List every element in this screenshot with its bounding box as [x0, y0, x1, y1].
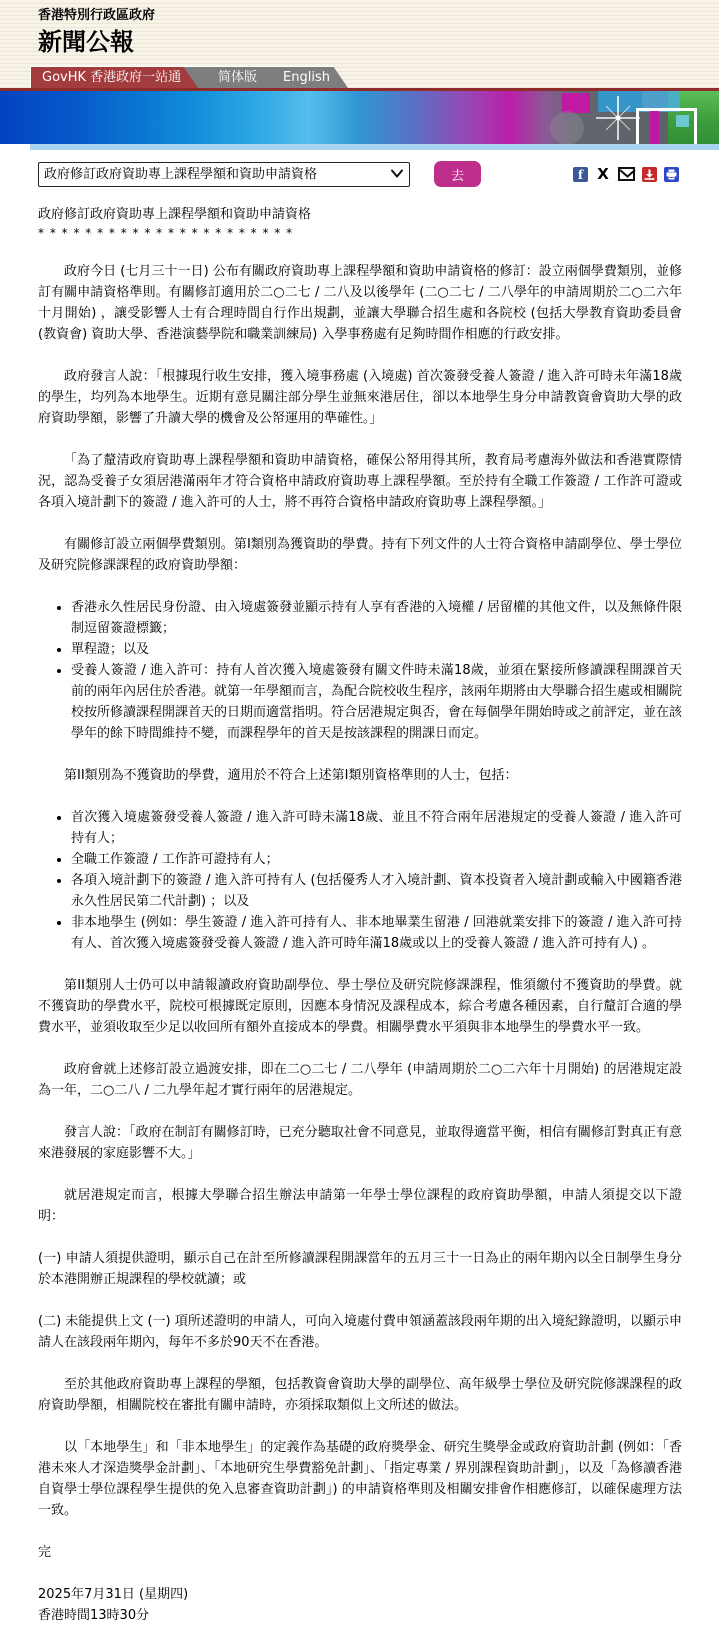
x-icon[interactable]: X [595, 166, 611, 182]
article-body: 政府今日 (七月三十一日) 公布有關政府資助專上課程學額和資助申請資格的修訂：設… [38, 261, 682, 1521]
paragraph: 就居港規定而言，根據大學聯合招生辦法申請第一年學士學位課程的政府資助學額，申請人… [38, 1185, 682, 1227]
print-icon[interactable] [664, 167, 679, 182]
paragraph: 至於其他政府資助專上課程的學額，包括教資會資助大學的副學位、高年級學士學位及研究… [38, 1374, 682, 1416]
bullet-item: 單程證；以及 [71, 639, 682, 660]
paragraph: 第II類別人士仍可以申請報讀政府資助副學位、學士學位及研究院修課課程，惟須繳付不… [38, 975, 682, 1038]
nav-bar: 简体版 English GovHK 香港政府一站通 [0, 66, 719, 88]
email-icon[interactable] [618, 167, 635, 181]
bullet-item: 受養人簽證 / 進入許可：持有人首次獲入境處簽發有關文件時未滿18歲，並須在緊接… [71, 660, 682, 744]
banner-white-square [636, 108, 697, 144]
paragraph: (二) 未能提供上文 (一) 項所述證明的申請人，可向入境處付費申領涵蓋該段兩年… [38, 1311, 682, 1353]
go-button[interactable]: 去 [434, 161, 481, 187]
release-date: 2025年7月31日 (星期四) [38, 1584, 682, 1605]
nav-english-link[interactable]: English [283, 67, 330, 88]
paragraph: 政府發言人說：「根據現行收生安排，獲入境事務處 (入境處) 首次簽發受養人簽證 … [38, 366, 682, 429]
press-release-select-wrap: 政府修訂政府資助專上課程學額和資助申請資格 [38, 162, 410, 187]
share-icons: f X [573, 166, 679, 182]
banner-magenta-square [562, 93, 590, 113]
nav-language-tabs: 简体版 English [178, 66, 348, 88]
banner-circle [550, 111, 584, 144]
bullet-item: 香港永久性居民身份證、由入境處簽發並顯示持有人享有香港的入境權 / 居留權的其他… [71, 597, 682, 639]
paragraph: 以「本地學生」和「非本地學生」的定義作為基礎的政府獎學金、研究生獎學金或政府資助… [38, 1437, 682, 1521]
toolbar: 政府修訂政府資助專上課程學額和資助申請資格 去 f X [0, 161, 719, 187]
article-title: 政府修訂政府資助專上課程學額和資助申請資格 [38, 205, 682, 225]
paragraph: 第II類別為不獲資助的學費，適用於不符合上述第I類別資格準則的人士，包括： [38, 765, 682, 786]
paragraph: (一) 申請人須提供證明，顯示自己在計至所修讀課程開課當年的五月三十一日為止的兩… [38, 1248, 682, 1290]
bullet-item: 各項入境計劃下的簽證 / 進入許可持有人 (包括優秀人才入境計劃、資本投資者入境… [71, 870, 682, 912]
save-icon[interactable] [642, 167, 657, 182]
article: 政府修訂政府資助專上課程學額和資助申請資格 * * * * * * * * * … [0, 187, 719, 1626]
paragraph: 政府今日 (七月三十一日) 公布有關政府資助專上課程學額和資助申請資格的修訂：設… [38, 261, 682, 345]
article-footer: 完 2025年7月31日 (星期四) 香港時間13時30分 [38, 1542, 682, 1626]
press-release-select[interactable]: 政府修訂政府資助專上課程學額和資助申請資格 [38, 162, 410, 187]
sparkle-icon [596, 96, 640, 140]
paragraph: 政府會就上述修訂設立過渡安排，即在二○二七 / 二八學年 (申請周期於二○二六年… [38, 1059, 682, 1101]
gov-title: 香港特別行政區政府 [38, 7, 719, 25]
banner-bottom-strip [30, 144, 719, 150]
paragraph: 發言人說：「政府在制訂有關修訂時，已充分聽取社會不同意見，並取得適當平衡，相信有… [38, 1122, 682, 1164]
bullet-list: 首次獲入境處簽發受養人簽證 / 進入許可時未滿18歲、並且不符合兩年居港規定的受… [38, 807, 682, 954]
paragraph: 有關修訂設立兩個學費類別。第I類別為獲資助的學費。持有下列文件的人士符合資格申請… [38, 534, 682, 576]
bullet-item: 首次獲入境處簽發受養人簽證 / 進入許可時未滿18歲、並且不符合兩年居港規定的受… [71, 807, 682, 849]
masthead: 香港特別行政區政府 新聞公報 简体版 English GovHK 香港政府一站通 [0, 0, 719, 91]
banner-graphic [0, 91, 719, 144]
nav-simplified-link[interactable]: 简体版 [218, 67, 257, 88]
bullet-item: 全職工作簽證 / 工作許可證持有人； [71, 849, 682, 870]
page-title: 新聞公報 [38, 27, 719, 57]
facebook-icon[interactable]: f [573, 167, 588, 182]
bullet-item: 非本地學生 (例如：學生簽證 / 進入許可持有人、非本地畢業生留港 / 回港就業… [71, 912, 682, 954]
bullet-list: 香港永久性居民身份證、由入境處簽發並顯示持有人享有香港的入境權 / 居留權的其他… [38, 597, 682, 744]
nav-govhk-link[interactable]: GovHK 香港政府一站通 [30, 66, 198, 88]
paragraph: 「為了釐清政府資助專上課程學額和資助申請資格，確保公帑用得其所，教育局考慮海外做… [38, 450, 682, 513]
title-underline-stars: * * * * * * * * * * * * * * * * * * * * … [38, 226, 682, 240]
release-time: 香港時間13時30分 [38, 1605, 682, 1626]
end-mark: 完 [38, 1542, 682, 1563]
